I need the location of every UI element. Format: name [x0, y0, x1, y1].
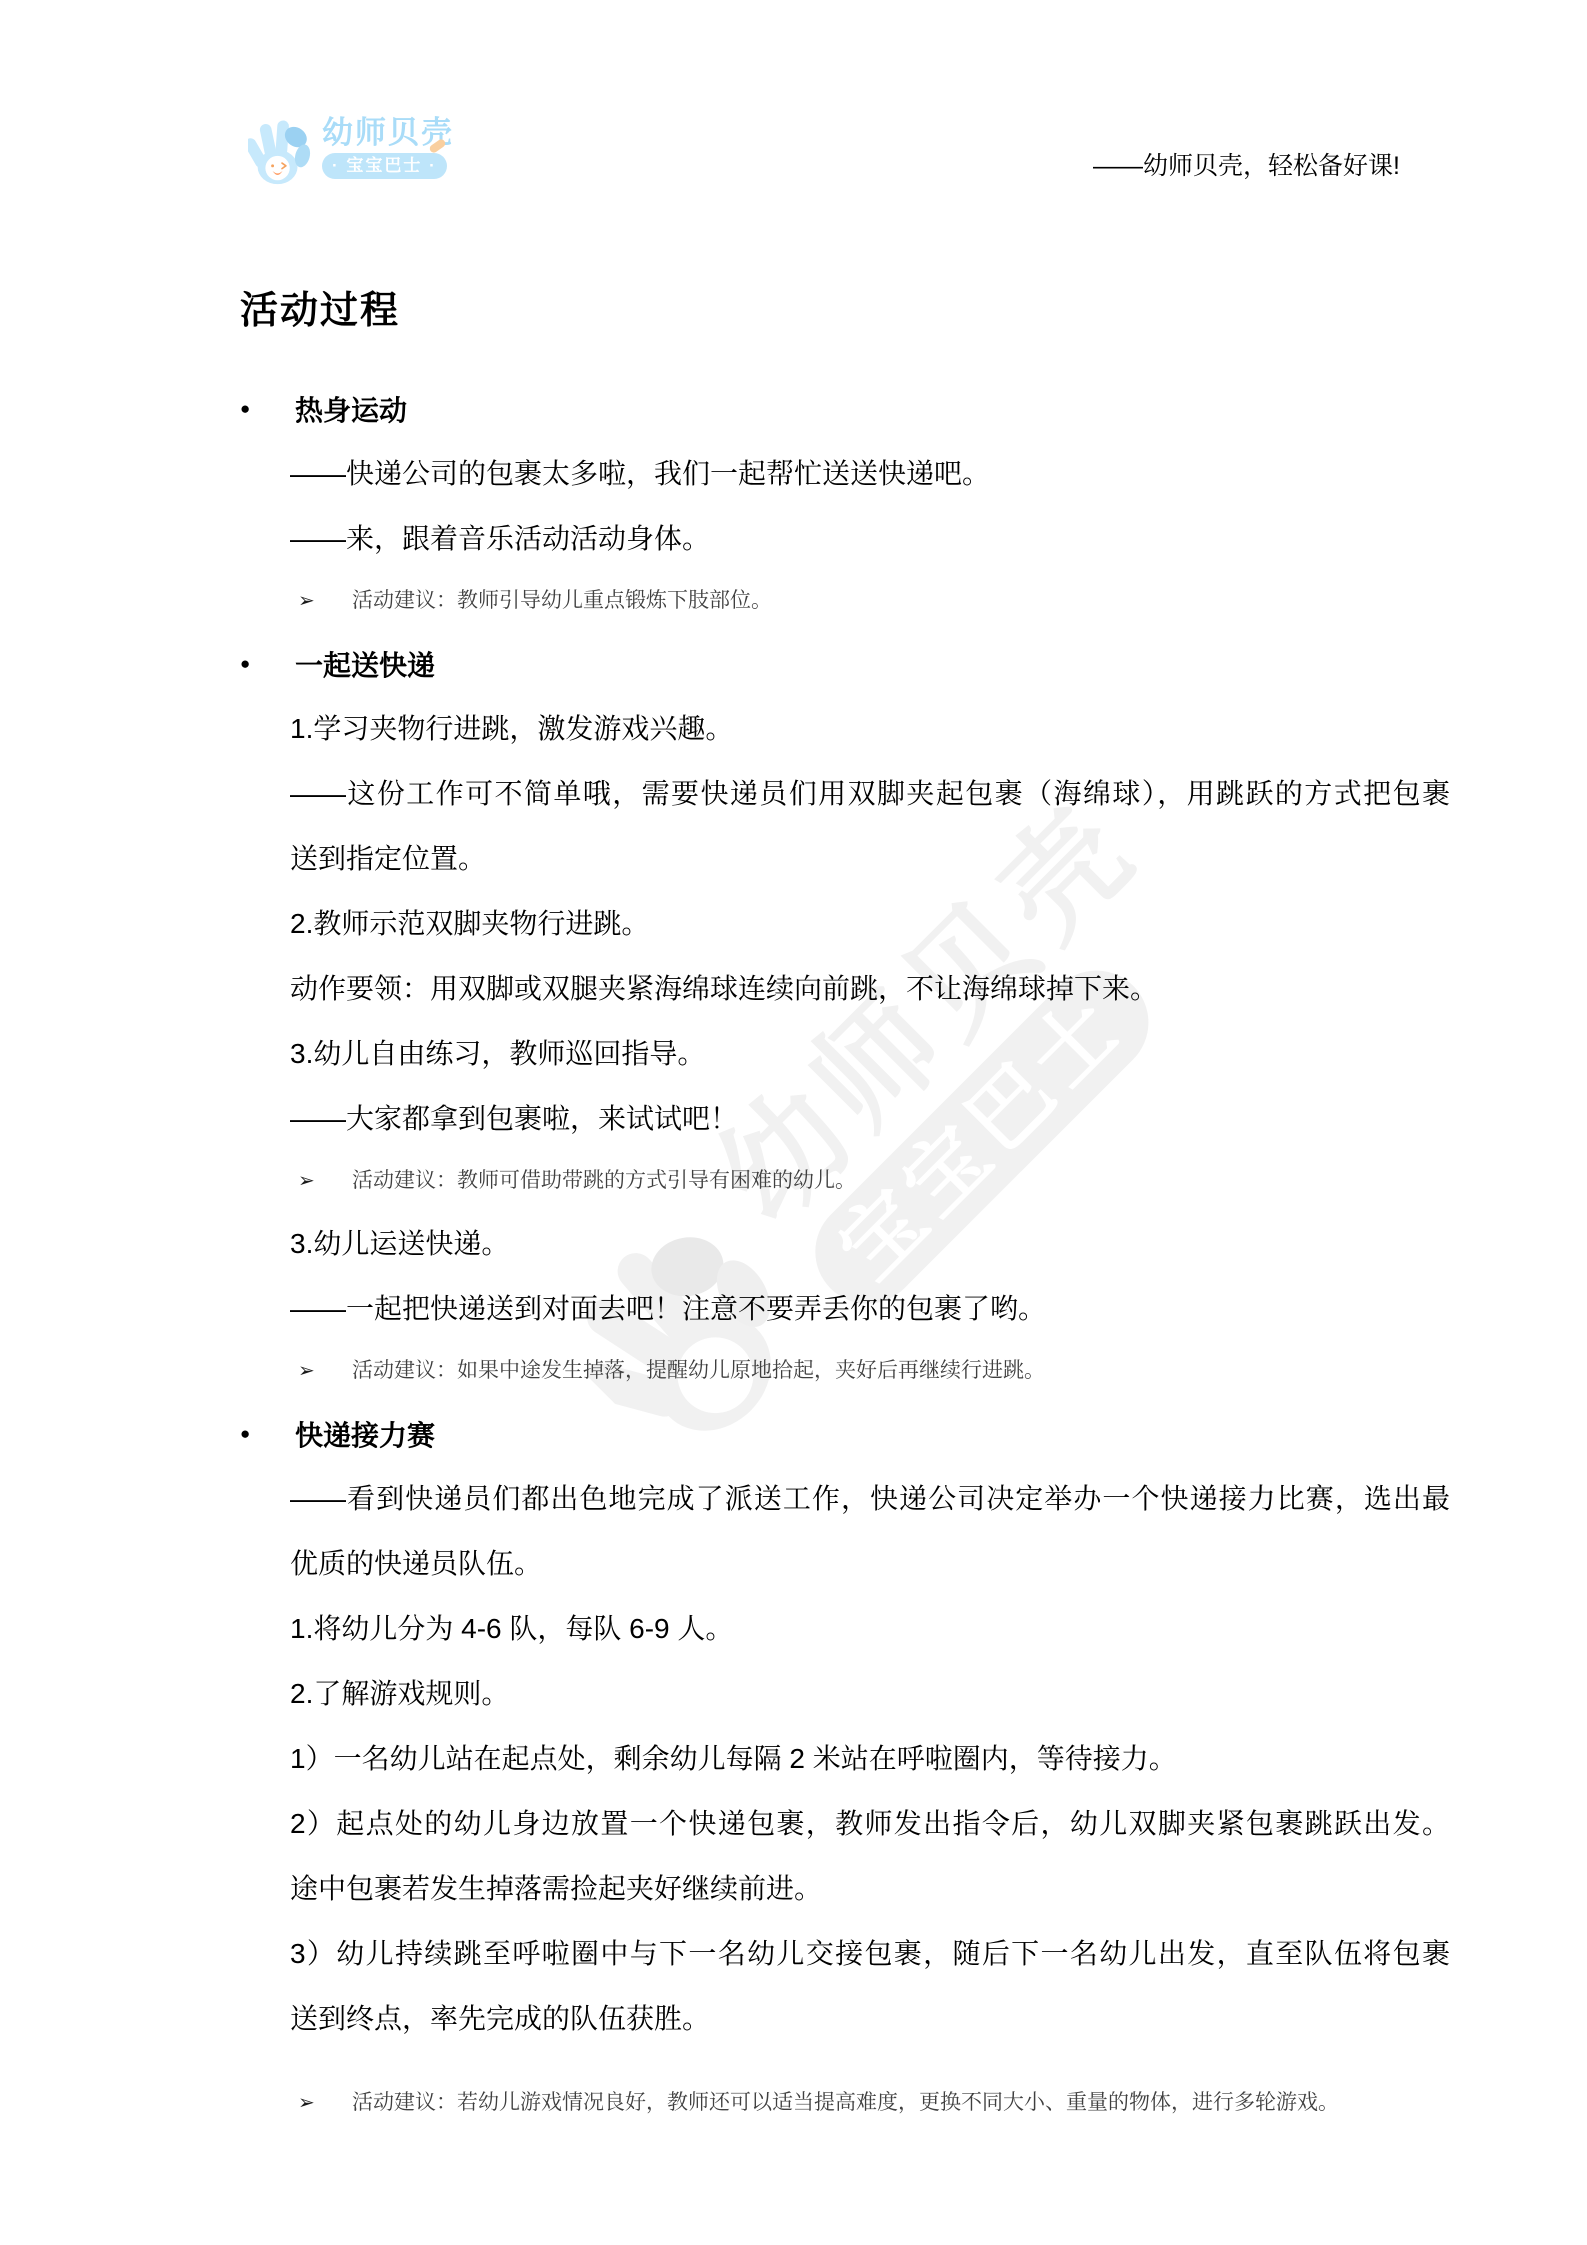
text-line: 3.幼儿运送快递。	[240, 1211, 1450, 1276]
suggestion-arrow-icon: ➢	[298, 2073, 352, 2133]
bullet-icon: ●	[240, 631, 295, 696]
text-line: ——大家都拿到包裹啦，来试试吧！	[240, 1086, 1450, 1151]
text-line: ——这份工作可不简单哦，需要快递员们用双脚夹起包裹（海绵球），用跳跃的方式把包裹	[240, 761, 1450, 826]
section-heading: 快递接力赛	[295, 1414, 435, 1454]
section-heading-row: ● 一起送快递	[240, 631, 1450, 696]
text-line: 送到指定位置。	[240, 826, 1450, 891]
text-line: 2）起点处的幼儿身边放置一个快递包裹，教师发出指令后，幼儿双脚夹紧包裹跳跃出发。	[240, 1791, 1450, 1856]
text-line: ——一起把快递送到对面去吧！注意不要弄丢你的包裹了哟。	[240, 1276, 1450, 1341]
section-heading: 一起送快递	[295, 644, 435, 684]
suggestion-line: ➢ 活动建议：如果中途发生掉落，提醒幼儿原地拾起，夹好后再继续行进跳。	[240, 1341, 1450, 1401]
text-line: 优质的快递员队伍。	[240, 1531, 1450, 1596]
document-page: 幼师贝壳 宝宝巴士 幼师贝壳 · 宝宝巴士 · ——幼师贝壳，轻松备好课! 活动…	[0, 0, 1587, 2245]
suggestion-text: 活动建议：教师引导幼儿重点锻炼下肢部位。	[352, 571, 772, 631]
text-line: 1.学习夹物行进跳，激发游戏兴趣。	[240, 696, 1450, 761]
suggestion-text: 活动建议：如果中途发生掉落，提醒幼儿原地拾起，夹好后再继续行进跳。	[352, 1341, 1045, 1401]
text-line: ——快递公司的包裹太多啦，我们一起帮忙送送快递吧。	[240, 441, 1450, 506]
suggestion-line: ➢ 活动建议：若幼儿游戏情况良好，教师还可以适当提高难度，更换不同大小、重量的物…	[240, 2073, 1450, 2133]
text-line: 送到终点，率先完成的队伍获胜。	[240, 1986, 1450, 2051]
bullet-icon: ●	[240, 1401, 295, 1466]
text-line: 3）幼儿持续跳至呼啦圈中与下一名幼儿交接包裹，随后下一名幼儿出发，直至队伍将包裹	[240, 1921, 1450, 1986]
section-heading-row: ● 快递接力赛	[240, 1401, 1450, 1466]
suggestion-text: 活动建议：教师可借助带跳的方式引导有困难的幼儿。	[352, 1151, 856, 1211]
brand-hand-shell-icon	[248, 116, 316, 188]
document-content: 活动过程 ● 热身运动 ——快递公司的包裹太多啦，我们一起帮忙送送快递吧。 ——…	[240, 290, 1450, 2133]
suggestion-arrow-icon: ➢	[298, 571, 352, 631]
text-line: 1）一名幼儿站在起点处，剩余幼儿每隔 2 米站在呼啦圈内，等待接力。	[240, 1726, 1450, 1791]
text-line: 2.了解游戏规则。	[240, 1661, 1450, 1726]
brand-logo: 幼师贝壳 · 宝宝巴士 ·	[248, 116, 454, 188]
text-line: ——看到快递员们都出色地完成了派送工作，快递公司决定举办一个快递接力比赛，选出最	[240, 1466, 1450, 1531]
page-title: 活动过程	[240, 290, 1450, 332]
section-heading-row: ● 热身运动	[240, 376, 1450, 441]
text-line: 1.将幼儿分为 4-6 队，每队 6-9 人。	[240, 1596, 1450, 1661]
text-line: 2.教师示范双脚夹物行进跳。	[240, 891, 1450, 956]
suggestion-line: ➢ 活动建议：教师可借助带跳的方式引导有困难的幼儿。	[240, 1151, 1450, 1211]
suggestion-arrow-icon: ➢	[298, 1151, 352, 1211]
suggestion-arrow-icon: ➢	[298, 1341, 352, 1401]
text-line: 动作要领：用双脚或双腿夹紧海绵球连续向前跳，不让海绵球掉下来。	[240, 956, 1450, 1021]
header-tagline: ——幼师贝壳，轻松备好课!	[1093, 146, 1400, 182]
bullet-icon: ●	[240, 376, 295, 441]
section-heading: 热身运动	[295, 389, 407, 429]
text-line: ——来，跟着音乐活动活动身体。	[240, 506, 1450, 571]
text-line: 3.幼儿自由练习，教师巡回指导。	[240, 1021, 1450, 1086]
suggestion-text: 活动建议：若幼儿游戏情况良好，教师还可以适当提高难度，更换不同大小、重量的物体，…	[352, 2073, 1339, 2133]
brand-badge: · 宝宝巴士 ·	[322, 153, 447, 179]
text-line: 途中包裹若发生掉落需捡起夹好继续前进。	[240, 1856, 1450, 1921]
suggestion-line: ➢ 活动建议：教师引导幼儿重点锻炼下肢部位。	[240, 571, 1450, 631]
